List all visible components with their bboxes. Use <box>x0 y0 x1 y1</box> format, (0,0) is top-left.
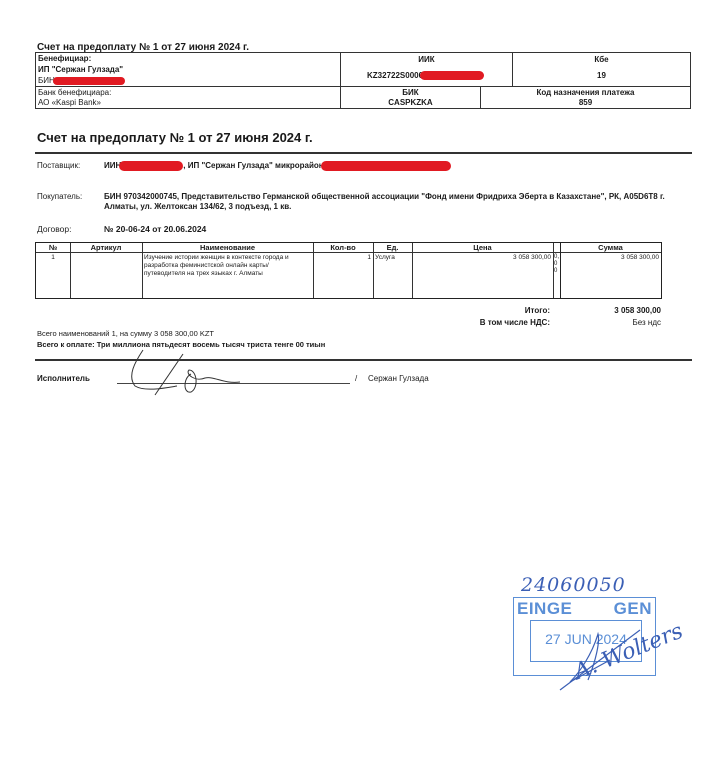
cell-qty: 1 <box>313 254 371 262</box>
bank-cell: Банк бенефициара: АО «Kaspi Bank» <box>35 86 341 109</box>
buyer-label: Покупатель: <box>37 192 82 201</box>
extra-line: 0 <box>554 261 560 268</box>
col-header-price: Цена <box>412 243 553 252</box>
name-line: Изучение истории женщин в контексте горо… <box>144 254 312 262</box>
total-label: Итого: <box>430 306 550 315</box>
contract-label: Договор: <box>37 224 71 234</box>
beneficiary-label: Бенефициар: <box>38 54 91 63</box>
name-line: путеводителя на трех языках г. Алматы <box>144 270 312 278</box>
supplier-label: Поставщик: <box>37 161 80 170</box>
col-header-name: Наименование <box>142 243 313 252</box>
name-line: разработка феминистской онлайн карты/ <box>144 262 312 270</box>
kbe-cell: Кбе 19 <box>512 52 691 87</box>
iik-label: ИИК <box>341 55 512 64</box>
payment-code-label: Код назначения платежа <box>481 88 690 97</box>
executor-signature <box>105 340 265 400</box>
bik-cell: БИК CASPKZKA <box>340 86 481 109</box>
kbe-label: Кбе <box>513 55 690 64</box>
contract-value: № 20-06-24 от 20.06.2024 <box>104 224 206 234</box>
stamp-text-right: GEN <box>614 599 652 619</box>
invoice-title: Счет на предоплату № 1 от 27 июня 2024 г… <box>37 130 313 145</box>
bik-label: БИК <box>341 88 480 97</box>
redaction-mark <box>119 161 183 171</box>
beneficiary-cell: Бенефициар: ИП "Сержан Гулзада" БИН <box>35 52 341 87</box>
items-summary: Всего наименований 1, на сумму 3 058 300… <box>37 329 214 338</box>
cell-sum: 3 058 300,00 <box>560 254 659 262</box>
stamp-text-left: EINGE <box>517 599 572 619</box>
iik-value: KZ32722S0000 <box>367 71 423 80</box>
col-header-qty: Кол-во <box>313 243 373 252</box>
executor-name: Сержан Гулзада <box>368 374 429 383</box>
iik-cell: ИИК KZ32722S0000 <box>340 52 513 87</box>
cell-unit: Услуга <box>375 254 411 262</box>
redaction-mark <box>420 71 484 80</box>
buyer-line-1: БИН 970342000745, Представительство Герм… <box>104 192 665 201</box>
redaction-mark <box>321 161 451 171</box>
handwritten-number: 24060050 <box>521 574 626 596</box>
cell-price: 3 058 300,00 <box>412 254 551 262</box>
bank-label: Банк бенефициара: <box>38 88 111 97</box>
executor-label: Исполнитель <box>37 374 90 383</box>
bik-value: CASPKZKA <box>341 98 480 107</box>
payment-code-cell: Код назначения платежа 859 <box>480 86 691 109</box>
header-divider <box>36 252 661 253</box>
supplier-value: ИИН, ИП "Сержан Гулзада" микрорайон <box>104 161 451 171</box>
vat-label: В том числе НДС: <box>430 318 550 327</box>
supplier-name: , ИП "Сержан Гулзада" микрорайон <box>183 161 323 170</box>
total-value: 3 058 300,00 <box>560 306 661 315</box>
col-header-article: Артикул <box>70 243 142 252</box>
buyer-line-2: Алматы, ул. Желтоксан 134/62, 3 подъезд,… <box>104 202 291 211</box>
signature-slash: / <box>355 374 357 383</box>
payment-code-value: 859 <box>481 98 690 107</box>
col-header-sum: Сумма <box>560 243 661 252</box>
extra-line: 0 <box>554 268 560 275</box>
kbe-value: 19 <box>513 71 690 80</box>
vat-value: Без ндс <box>560 318 661 327</box>
col-header-unit: Ед. <box>373 243 412 252</box>
cell-num: 1 <box>36 254 70 262</box>
col-header-num: № <box>36 243 70 252</box>
items-table: № Артикул Наименование Кол-во Ед. Цена С… <box>35 242 662 299</box>
title-divider <box>35 152 692 154</box>
beneficiary-name: ИП "Сержан Гулзада" <box>38 65 123 74</box>
redaction-mark <box>53 77 125 85</box>
bank-name: АО «Kaspi Bank» <box>38 98 101 107</box>
cell-name: Изучение истории женщин в контексте горо… <box>144 254 312 278</box>
